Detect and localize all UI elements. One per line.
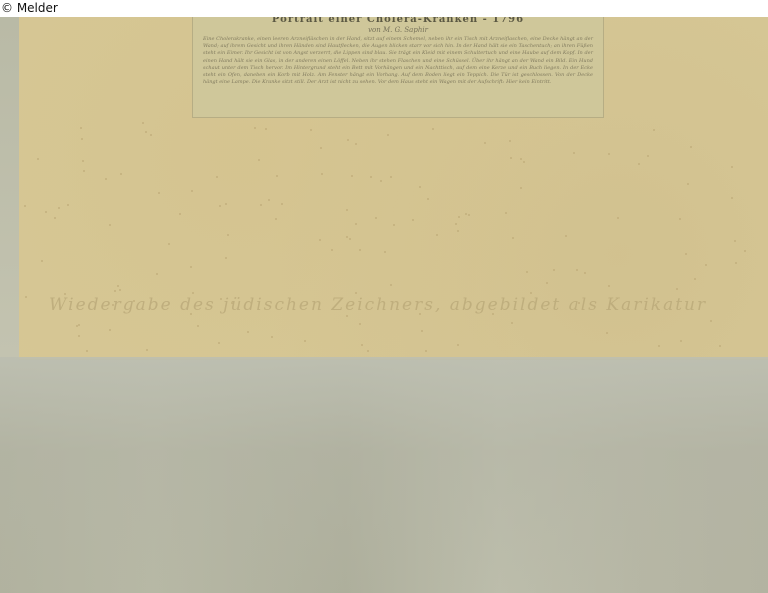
paper-speck [145,131,147,133]
paper-speck [304,340,306,342]
paper-speck [216,176,218,178]
paper-speck [425,350,427,352]
paper-speck [676,288,678,290]
paper-speck [158,192,160,194]
paper-speck [359,323,361,325]
paper-speck [694,278,696,280]
paper-speck [190,266,192,268]
paper-speck [509,140,511,142]
paper-speck [117,285,119,287]
paper-speck [658,345,660,347]
paper-speck [608,285,610,287]
paper-speck [458,216,460,218]
paper-speck [81,138,83,140]
paper-speck [225,257,227,259]
paper-speck [320,147,322,149]
paper-speck [576,269,578,271]
paper-speck [156,273,158,275]
paper-speck [331,249,333,251]
paper-speck [690,146,692,148]
print-title: Portrait einer Cholera-Kranken - 1796 [193,17,603,25]
paper-speck [146,349,148,351]
paper-speck [24,205,26,207]
paper-speck [584,272,586,274]
paper-speck [573,152,575,154]
paper-speck [484,142,486,144]
paper-speck [608,153,610,155]
backdrop [0,17,20,357]
paper-speck [275,218,277,220]
paper-speck [219,205,221,207]
paper-speck [80,127,82,129]
paper-speck [465,213,467,215]
paper-speck [436,234,438,236]
paper-speck [380,180,382,182]
paper-speck [346,236,348,238]
paper-speck [387,134,389,136]
paper-speck [606,332,608,334]
paper-speck [412,219,414,221]
paper-speck [78,335,80,337]
paper-speck [638,163,640,165]
paper-speck [355,292,357,294]
paper-speck [347,139,349,141]
paper-speck [168,243,170,245]
paper-speck [530,292,532,294]
paper-speck [120,173,122,175]
paper-speck [457,344,459,346]
paper-speck [271,336,273,338]
paper-speck [735,262,737,264]
paper-speck [370,176,372,178]
paper-speck [511,322,513,324]
paper-speck [687,183,689,185]
paper-speck [346,315,348,317]
paper-speck [349,238,351,240]
paper-speck [419,186,421,188]
paper-speck [520,158,522,160]
paper-speck [647,155,649,157]
paper-speck [64,293,66,295]
paper-speck [67,204,69,206]
paper-speck [355,223,357,225]
paper-speck [523,161,525,163]
paper-speck [351,175,353,177]
paper-speck [468,214,470,216]
paper-speck [150,134,152,136]
paper-speck [281,203,283,205]
paper-speck [179,213,181,215]
paper-speck [109,224,111,226]
paper-speck [553,269,555,271]
paper-speck [390,176,392,178]
paper-speck [310,129,312,131]
paper-speck [355,143,357,145]
paper-speck [227,234,229,236]
paper-speck [86,350,88,352]
paper-speck [41,260,43,262]
paper-speck [109,329,111,331]
paper-speck [734,240,736,242]
paper-speck [83,170,85,172]
paper-speck [346,209,348,211]
handwritten-note: Wiedergabe des jüdischen Zeichners, abge… [49,295,699,325]
paper-speck [192,292,194,294]
printed-text-block: Portrait einer Cholera-Kranken - 1796 vo… [192,17,604,118]
paper-speck [685,253,687,255]
paper-speck [276,175,278,177]
paper-speck [191,190,193,192]
paper-speck [731,197,733,199]
paper-speck [719,345,721,347]
paper-speck [359,249,361,251]
paper-speck [520,187,522,189]
paper-speck [375,217,377,219]
paper-speck [680,340,682,342]
paper-speck [119,289,121,291]
paper-speck [455,223,457,225]
paper-speck [546,282,548,284]
paper-speck [58,207,60,209]
paper-speck [653,129,655,131]
paper-speck [512,237,514,239]
paper-speck [393,224,395,226]
paper-sheet: Portrait einer Cholera-Kranken - 1796 vo… [19,17,768,359]
paper-speck [142,122,144,124]
paper-speck [744,250,746,252]
paper-speck [319,239,321,241]
paper-speck [260,204,262,206]
paper-speck [82,160,84,162]
paper-speck [432,128,434,130]
paper-speck [225,203,227,205]
paper-speck [37,158,39,160]
paper-speck [710,320,712,322]
paper-speck [705,264,707,266]
print-body-text: Eine Cholerakranke, einen leeren Arzneif… [193,35,603,86]
paper-speck [218,342,220,344]
paper-speck [390,284,392,286]
paper-speck [384,251,386,253]
paper-speck [265,128,267,130]
paper-speck [231,302,233,304]
paper-speck [492,313,494,315]
paper-speck [457,230,459,232]
paper-speck [268,199,270,201]
paper-speck [105,178,107,180]
paper-speck [114,290,116,292]
paper-speck [254,127,256,129]
paper-speck [247,331,249,333]
paper-speck [367,350,369,352]
paper-speck [731,166,733,168]
paper-speck [679,218,681,220]
paper-speck [565,235,567,237]
paper-speck [427,198,429,200]
paper-speck [321,173,323,175]
paper-speck [361,344,363,346]
print-subtitle: von M. G. Saphir [193,25,603,35]
paper-speck [258,159,260,161]
copyright-caption: © Melder [0,0,768,17]
paper-speck [197,325,199,327]
paper-speck [421,330,423,332]
paper-speck [617,217,619,219]
paper-speck [526,271,528,273]
paper-speck [505,212,507,214]
paper-speck [45,211,47,213]
paper-speck [54,217,56,219]
table-surface [0,357,768,593]
paper-speck [510,157,512,159]
paper-speck [25,296,27,298]
